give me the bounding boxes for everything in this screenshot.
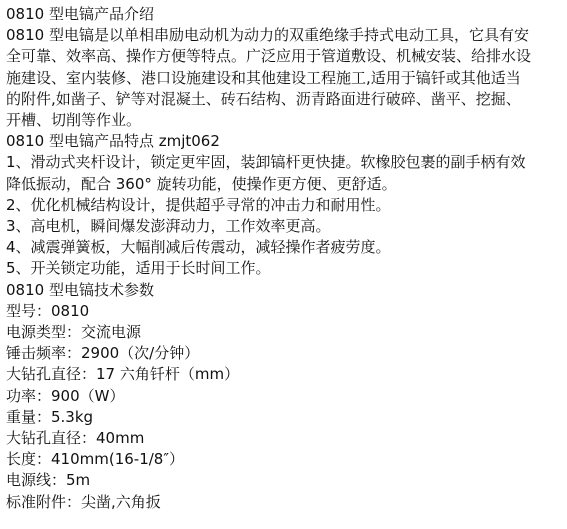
intro-line: 的附件,如凿子、铲等对混凝土、砖石结构、沥青路面进行破碎、凿平、挖掘、 (6, 89, 564, 110)
intro-title: 0810 型电镐产品介绍 (6, 4, 564, 25)
spec-power-type: 电源类型：交流电源 (6, 322, 564, 343)
feature-line: 降低振动，配合 360° 旋转功能，使操作更方便、更舒适。 (6, 174, 564, 195)
intro-line: 0810 型电镐是以单相串励电动机为动力的双重绝缘手持式电动工具，它具有安 (6, 25, 564, 46)
spec-weight: 重量：5.3kg (6, 407, 564, 428)
features-title: 0810 型电镐产品特点 zmjt062 (6, 131, 564, 152)
spec-accessories: 标准附件：尖凿,六角扳 (6, 492, 564, 513)
feature-line: 5、开关锁定功能，适用于长时间工作。 (6, 258, 564, 279)
intro-line: 施建设、室内装修、港口设施建设和其他建设工程施工,适用于镐钎或其他适当 (6, 68, 564, 89)
product-document: 0810 型电镐产品介绍 0810 型电镐是以单相串励电动机为动力的双重绝缘手持… (6, 4, 564, 513)
spec-length: 长度：410mm(16-1/8″） (6, 449, 564, 470)
feature-line: 2、优化机械结构设计，提供超乎寻常的冲击力和耐用性。 (6, 195, 564, 216)
intro-line: 开槽、切削等作业。 (6, 110, 564, 131)
specs-title: 0810 型电镐技术参数 (6, 280, 564, 301)
spec-model: 型号：0810 (6, 301, 564, 322)
feature-line: 4、减震弹簧板，大幅削减后传震动，减轻操作者疲劳度。 (6, 237, 564, 258)
spec-cord: 电源线：5m (6, 470, 564, 491)
intro-line: 全可靠、效率高、操作方便等特点。广泛应用于管道敷设、机械安装、给排水设 (6, 46, 564, 67)
feature-line: 3、高电机，瞬间爆发澎湃动力，工作效率更高。 (6, 216, 564, 237)
spec-impact-rate: 锤击频率：2900（次/分钟） (6, 343, 564, 364)
spec-drill-diameter: 大钻孔直径：40mm (6, 428, 564, 449)
spec-wattage: 功率：900（W） (6, 386, 564, 407)
spec-shank: 大钻孔直径：17 六角钎杆（mm） (6, 364, 564, 385)
feature-line: 1、滑动式夹杆设计，锁定更牢固，装卸镐杆更快捷。软橡胶包裹的副手柄有效 (6, 152, 564, 173)
